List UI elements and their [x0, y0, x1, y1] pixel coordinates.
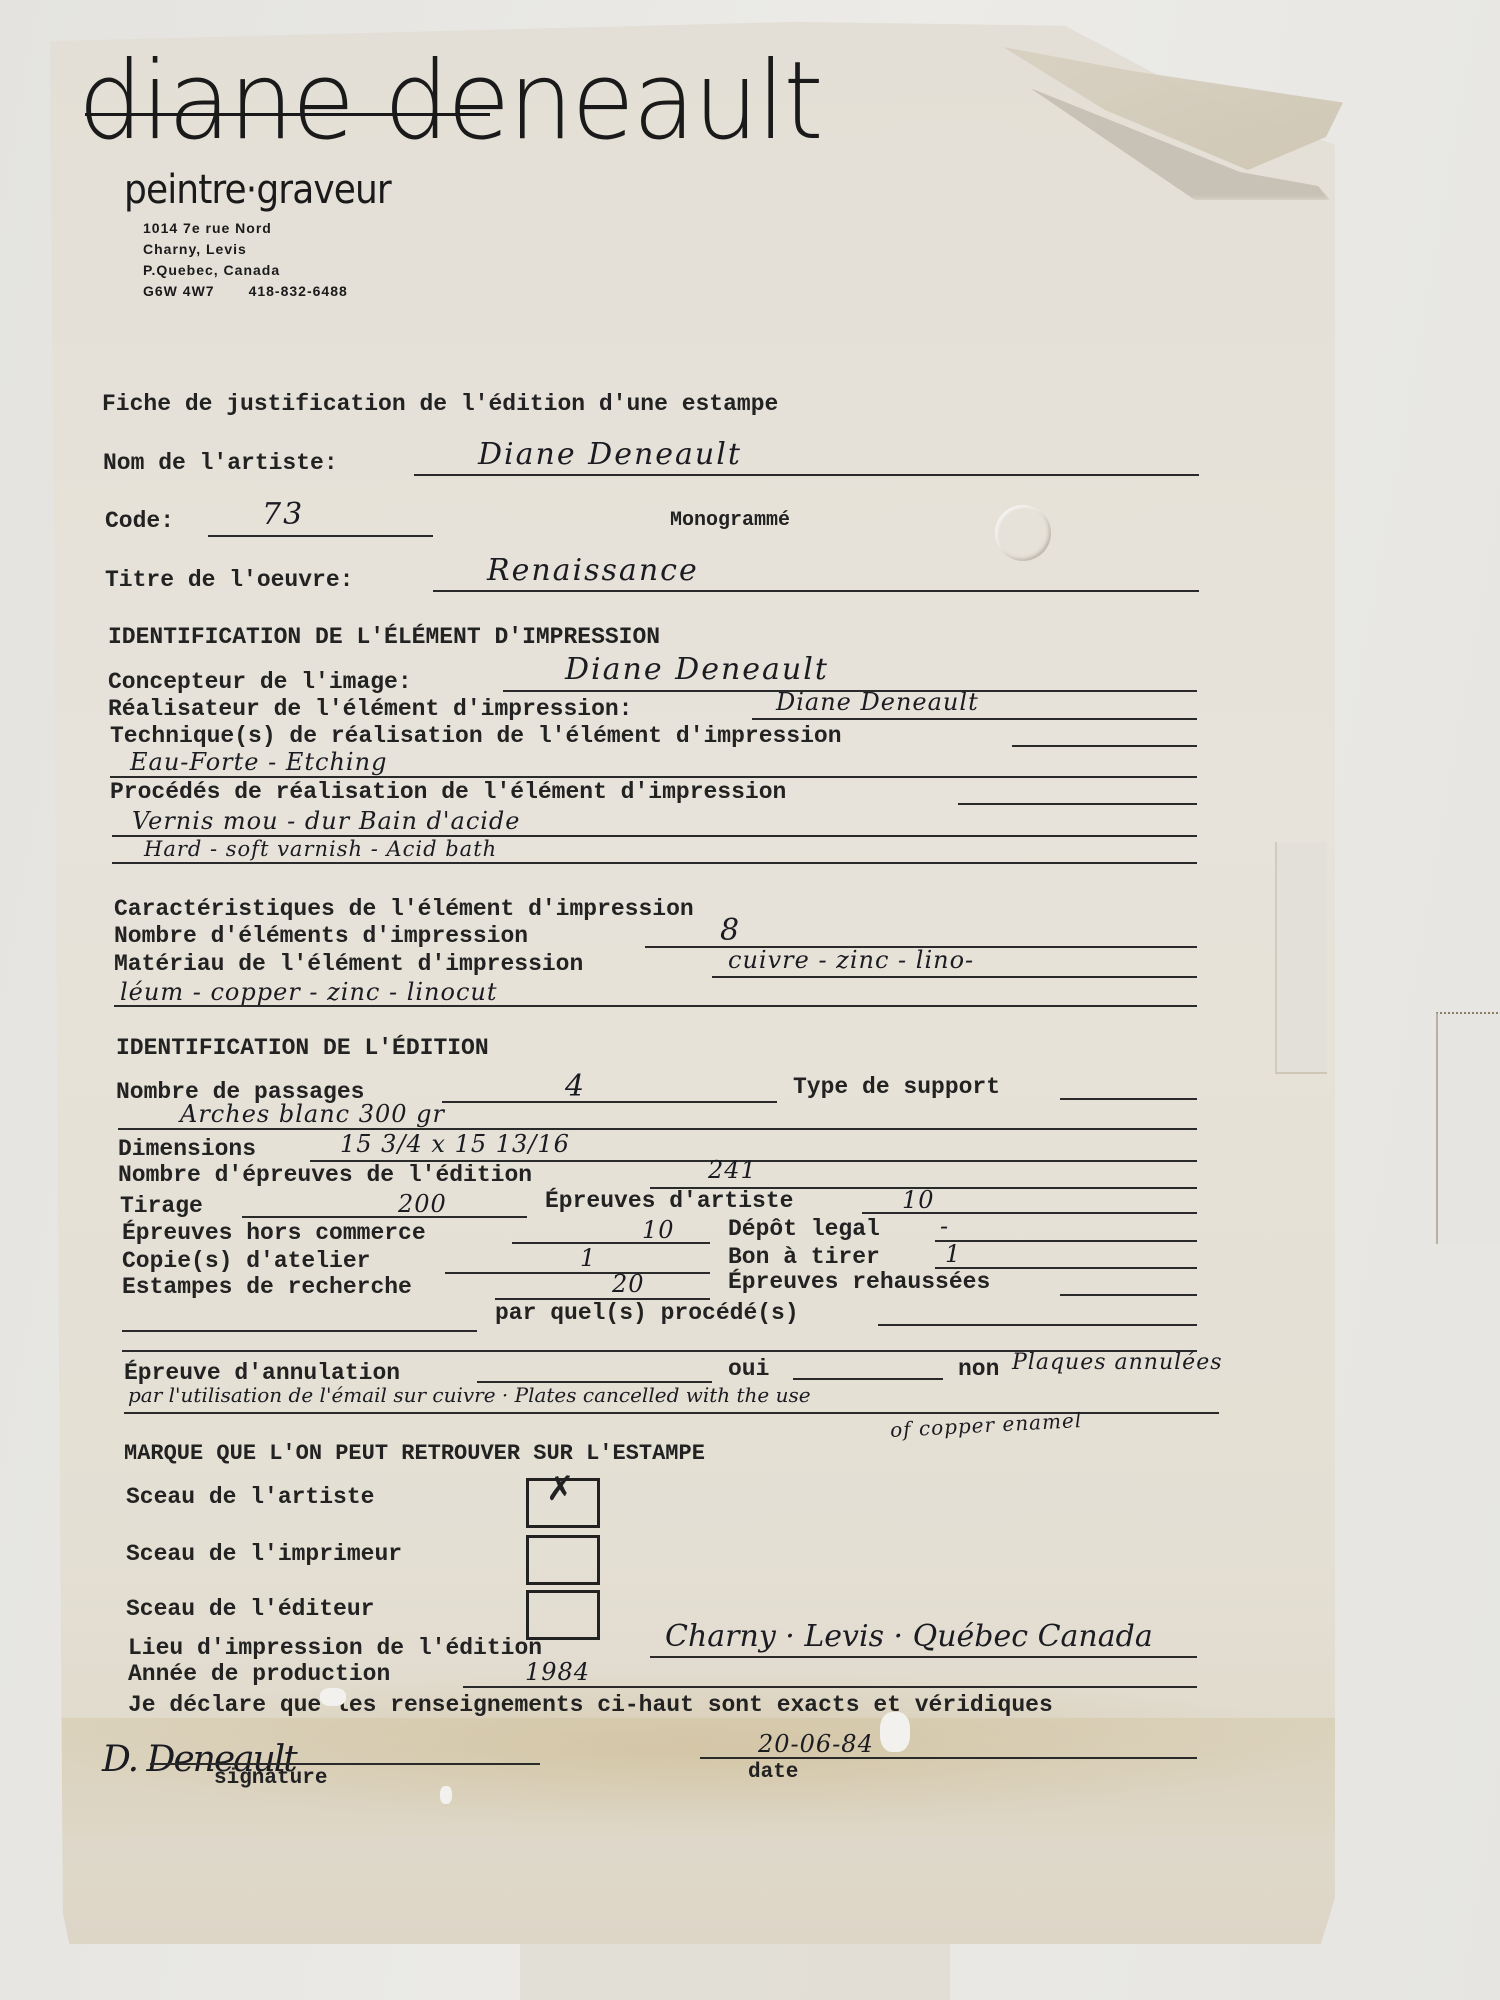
maker-field[interactable]: Diane Deneault	[776, 690, 979, 714]
seal-printer-checkbox[interactable]	[526, 1535, 600, 1585]
passages-field[interactable]: 4	[565, 1072, 586, 1102]
research-label: Estampes de recherche	[122, 1276, 412, 1299]
field-line	[1060, 1294, 1197, 1296]
material-field-line1[interactable]: cuivre - zinc - lino-	[728, 948, 974, 972]
field-line	[935, 1240, 1197, 1242]
process-label: Procédés de réalisation de l'élément d'i…	[110, 781, 786, 804]
depot-legal-field[interactable]: -	[940, 1214, 949, 1238]
dimensions-label: Dimensions	[118, 1138, 256, 1161]
place-field[interactable]: Charny · Levis · Québec Canada	[665, 1622, 1153, 1652]
field-line	[650, 1656, 1197, 1658]
field-line	[793, 1378, 943, 1380]
seal-publisher-checkbox[interactable]	[526, 1590, 600, 1640]
field-line	[122, 1330, 477, 1332]
process-field-line1[interactable]: Vernis mou - dur Bain d'acide	[132, 809, 521, 833]
section-heading: IDENTIFICATION DE L'ÉLÉMENT D'IMPRESSION	[108, 626, 660, 649]
field-line	[1060, 1098, 1197, 1100]
edition-form: Fiche de justification de l'édition d'un…	[0, 0, 1500, 2000]
cancellation-field-line2[interactable]: par l'utilisation de l'émail sur cuivre …	[128, 1385, 811, 1405]
monogram-label: Monogrammé	[670, 511, 790, 531]
work-title-field[interactable]: Renaissance	[487, 556, 699, 586]
field-line	[112, 862, 1197, 864]
oui-label: oui	[728, 1358, 769, 1381]
paper-damage	[320, 1688, 346, 1706]
hors-commerce-field[interactable]: 10	[642, 1218, 675, 1242]
element-count-label: Nombre d'éléments d'impression	[114, 925, 528, 948]
code-label: Code:	[105, 510, 174, 533]
year-field[interactable]: 1984	[525, 1660, 590, 1684]
field-line	[433, 590, 1199, 592]
by-process-label: par quel(s) procédé(s)	[495, 1302, 799, 1325]
designer-field[interactable]: Diane Deneault	[565, 655, 829, 685]
work-title-label: Titre de l'oeuvre:	[105, 569, 353, 592]
field-line	[442, 1101, 777, 1103]
field-line	[1012, 745, 1197, 747]
section-heading: MARQUE QUE L'ON PEUT RETROUVER SUR L'EST…	[124, 1443, 705, 1465]
field-line	[958, 803, 1197, 805]
support-field[interactable]: Arches blanc 300 gr	[180, 1102, 445, 1126]
seal-printer-label: Sceau de l'imprimeur	[126, 1543, 402, 1566]
support-label: Type de support	[793, 1076, 1000, 1099]
field-line	[118, 1128, 1197, 1130]
section-heading: Caractéristiques de l'élément d'impressi…	[114, 898, 694, 921]
field-line	[208, 535, 433, 537]
material-label: Matériau de l'élément d'impression	[114, 953, 583, 976]
field-line	[878, 1324, 1197, 1326]
field-line	[414, 474, 1199, 476]
maker-label: Réalisateur de l'élément d'impression:	[108, 698, 633, 721]
declaration-text: Je déclare que les renseignements ci-hau…	[128, 1694, 1053, 1717]
artist-proofs-label: Épreuves d'artiste	[545, 1190, 793, 1213]
cancellation-field-line1[interactable]: Plaques annulées	[1012, 1352, 1223, 1374]
artist-name-field[interactable]: Diane Deneault	[478, 440, 742, 470]
field-line	[150, 1763, 540, 1765]
enhanced-label: Épreuves rehaussées	[728, 1271, 990, 1294]
field-line	[712, 976, 1197, 978]
field-line	[463, 1686, 1197, 1688]
research-field[interactable]: 20	[612, 1272, 645, 1296]
field-line	[512, 1242, 710, 1244]
bon-a-tirer-label: Bon à tirer	[728, 1246, 880, 1269]
field-line	[110, 776, 1197, 778]
technique-label: Technique(s) de réalisation de l'élément…	[110, 725, 842, 748]
technique-field[interactable]: Eau-Forte - Etching	[130, 750, 387, 774]
material-field-line2[interactable]: léum - copper - zinc - linocut	[120, 980, 498, 1004]
artist-name-label: Nom de l'artiste:	[103, 452, 338, 475]
paper-damage	[880, 1712, 910, 1752]
depot-legal-label: Dépôt legal	[728, 1218, 880, 1241]
atelier-label: Copie(s) d'atelier	[122, 1250, 370, 1273]
field-line	[445, 1272, 710, 1274]
tirage-label: Tirage	[120, 1195, 203, 1218]
cancellation-field-line3[interactable]: of copper enamel	[890, 1410, 1083, 1440]
form-title: Fiche de justification de l'édition d'un…	[102, 393, 778, 416]
year-label: Année de production	[128, 1663, 390, 1686]
bon-a-tirer-field[interactable]: 1	[945, 1242, 961, 1266]
place-label: Lieu d'impression de l'édition	[128, 1637, 542, 1660]
cancellation-label: Épreuve d'annulation	[124, 1362, 400, 1385]
atelier-field[interactable]: 1	[580, 1246, 596, 1270]
artist-proofs-field[interactable]: 10	[902, 1188, 935, 1212]
paper-damage	[440, 1786, 452, 1804]
dimensions-field[interactable]: 15 3/4 x 15 13/16	[340, 1132, 570, 1156]
date-field[interactable]: 20-06-84	[758, 1732, 874, 1756]
element-count-field[interactable]: 8	[720, 916, 741, 946]
designer-label: Concepteur de l'image:	[108, 671, 412, 694]
proofs-total-field[interactable]: 241	[708, 1158, 757, 1182]
section-heading: IDENTIFICATION DE L'ÉDITION	[116, 1037, 489, 1060]
seal-artist-label: Sceau de l'artiste	[126, 1486, 374, 1509]
seal-publisher-label: Sceau de l'éditeur	[126, 1598, 374, 1621]
tirage-field[interactable]: 200	[398, 1192, 447, 1216]
field-line	[752, 718, 1197, 720]
field-line	[242, 1216, 527, 1218]
proofs-total-label: Nombre d'épreuves de l'édition	[118, 1164, 532, 1187]
date-label: date	[748, 1762, 798, 1783]
checkmark-icon: ✗	[546, 1472, 575, 1506]
embossed-monogram	[995, 505, 1051, 561]
hors-commerce-label: Épreuves hors commerce	[122, 1222, 426, 1245]
code-field[interactable]: 73	[262, 500, 304, 530]
process-field-line2[interactable]: Hard - soft varnish - Acid bath	[144, 839, 497, 860]
signature-label: signature	[214, 1768, 327, 1789]
non-label: non	[958, 1358, 999, 1381]
